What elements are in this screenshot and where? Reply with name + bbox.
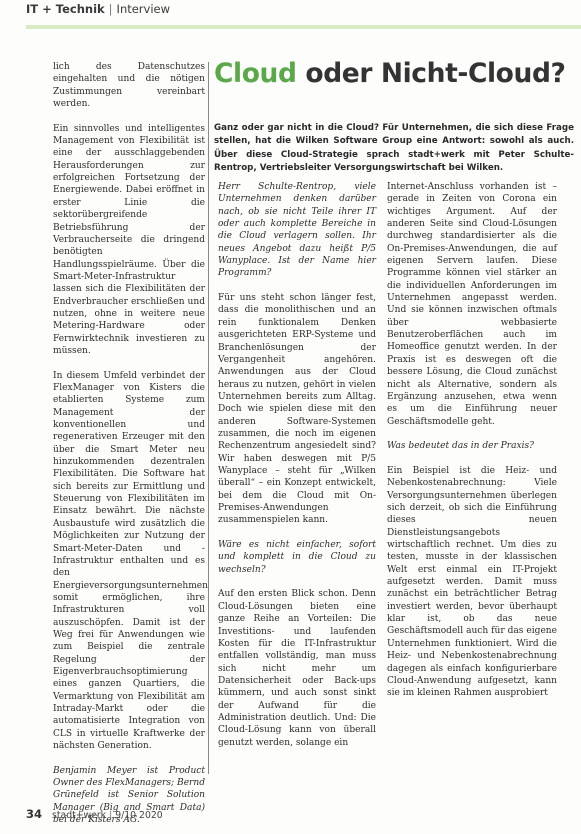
page-footer: 34stadt+werk|9/10 2020 bbox=[26, 803, 163, 822]
interview-answer: Für uns steht schon länger fest, dass di… bbox=[218, 292, 376, 527]
header-rule bbox=[26, 25, 581, 29]
title-rest: oder Nicht-Cloud? bbox=[297, 58, 566, 89]
magazine-name: stadt+werk bbox=[52, 810, 106, 821]
section-label: IT + Technik bbox=[26, 2, 105, 16]
article-title: Cloud oder Nicht-Cloud? bbox=[214, 58, 566, 89]
category-label: Interview bbox=[117, 2, 170, 16]
left-paragraph: In diesem Umfeld verbindet der FlexManag… bbox=[53, 370, 205, 753]
header-separator: | bbox=[109, 2, 113, 16]
interview-answer: Ein Beispiel ist die Heiz- und Nebenkost… bbox=[387, 465, 557, 700]
footer-separator: | bbox=[109, 810, 112, 821]
column-divider bbox=[208, 62, 209, 774]
middle-column: Herr Schulte-Rentrop, viele Unternehmen … bbox=[218, 181, 376, 761]
interview-answer: Auf den ersten Blick schon. Denn Cloud-L… bbox=[218, 588, 376, 748]
issue-label: 9/10 2020 bbox=[115, 810, 163, 821]
right-column: Internet-Anschluss vorhanden ist – gerad… bbox=[387, 181, 557, 712]
section-header: IT + Technik|Interview bbox=[26, 2, 170, 16]
interview-question: Herr Schulte-Rentrop, viele Unternehmen … bbox=[218, 181, 376, 280]
title-accent: Cloud bbox=[214, 58, 297, 89]
interview-question: Was bedeutet das in der Praxis? bbox=[387, 440, 557, 452]
left-paragraph: lich des Datenschutzes eingehalten und d… bbox=[53, 61, 205, 110]
interview-answer: Internet-Anschluss vorhanden ist – gerad… bbox=[387, 181, 557, 428]
left-paragraph: Ein sinnvolles und intelligentes Managem… bbox=[53, 123, 205, 358]
interview-question: Wäre es nicht einfacher, sofort und komp… bbox=[218, 539, 376, 576]
left-column: lich des Datenschutzes eingehalten und d… bbox=[53, 61, 205, 834]
article-lead: Ganz oder gar nicht in die Cloud? Für Un… bbox=[214, 122, 574, 175]
page-number: 34 bbox=[26, 807, 42, 821]
